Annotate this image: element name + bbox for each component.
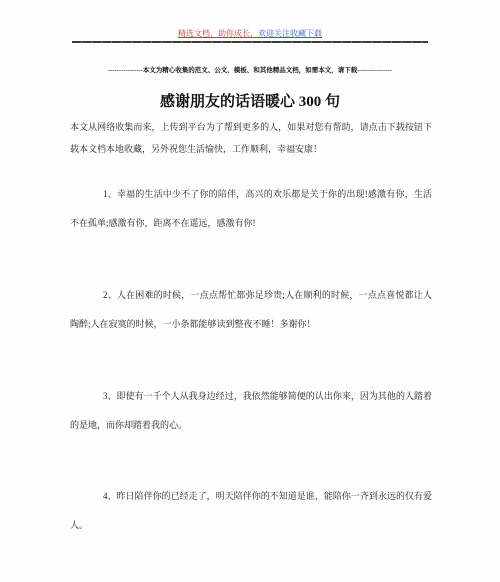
header-notice-red-text[interactable]: 精选文档，助你成长， xyxy=(178,29,258,38)
header-notice-link[interactable]: 精选文档，助你成长，欢迎关注收藏下载 xyxy=(0,27,500,40)
header-notice-blue-text[interactable]: 欢迎关注收藏下载 xyxy=(258,29,322,38)
page-title: 感谢朋友的话语暖心 300 句 xyxy=(0,92,500,112)
quote-item-1: 1、幸福的生活中少不了你的陪伴，高兴的欢乐都是关于你的出现!感激有你，生活不在孤… xyxy=(70,180,432,238)
intro-paragraph: 本文从网络收集而来，上传到平台为了帮到更多的人，如果对您有帮助，请点击下载按钮下… xyxy=(70,116,432,160)
quote-item-2: 2、人在困难的时候，一点点帮忙都弥足珍贵;人在顺利的时候，一点点喜悦都让人陶醉;… xyxy=(70,281,432,339)
quote-item-4: 4、昨日陪伴你的已经走了，明天陪伴你的不知道是谁，能陪你一齐到永远的仅有爱人。 xyxy=(70,482,432,540)
quote-item-3: 3、即使有一千个人从我身边经过，我依然能够简便的认出你来，因为其他的人踏着的是地… xyxy=(70,382,432,440)
document-page: 精选文档，助你成长，欢迎关注收藏下载 ----------------本文为精心… xyxy=(0,0,500,582)
collection-note-line: ----------------本文为精心收集的范文、公文、模板、和其他精品文档… xyxy=(0,66,500,75)
header-divider-line xyxy=(72,41,428,43)
document-body: 本文从网络收集而来，上传到平台为了帮到更多的人，如果对您有帮助，请点击下载按钮下… xyxy=(70,116,432,540)
